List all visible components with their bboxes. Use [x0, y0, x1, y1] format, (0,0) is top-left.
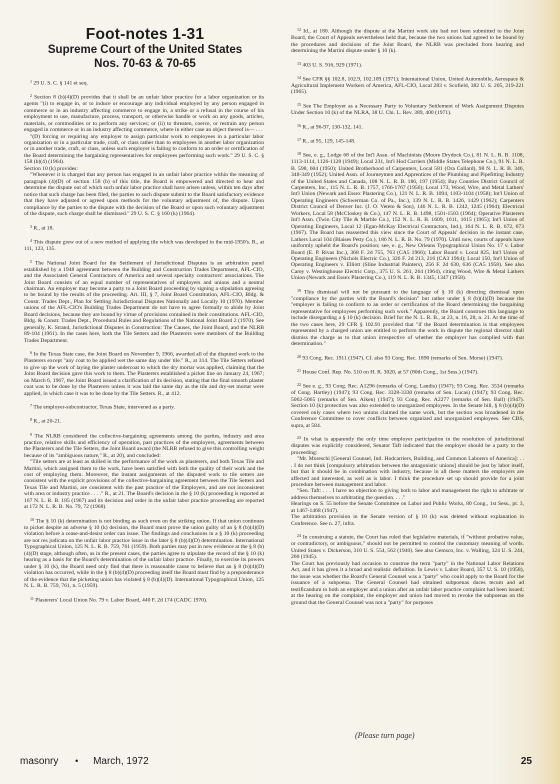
footnote-paragraph: 16 R., at 96-97, 130-132, 141. [291, 123, 524, 131]
footnote-number: 2 [30, 93, 32, 98]
footnote-paragraph: 22 See e. g., 93 Cong. Rec. A1296 (remar… [291, 382, 524, 429]
footnote-number: 12 [297, 27, 301, 32]
footnote-paragraph: 3 R., at 18. [24, 224, 264, 232]
footnote-23: 23 In what is apparently the only time e… [291, 435, 524, 527]
footnote-4: 4 This dispute grew out of a new method … [24, 238, 264, 253]
page-footer: masonry • March, 1972 25 [20, 756, 532, 767]
footnote-number: 13 [297, 61, 301, 66]
footnote-number: 23 [297, 435, 301, 440]
footnote-14: 14 See CFR §§ 102.8, 102.9, 102.109 (197… [291, 75, 524, 96]
footnote-paragraph: 12 Id., at 180. Although the dispute at … [291, 27, 524, 54]
footnote-number: 4 [30, 238, 32, 243]
footnote-paragraph: The Court has previously had occasion to… [291, 561, 524, 606]
continuation-note: (Please turn page) [355, 731, 415, 740]
court-name: Supreme Court of the United States [14, 44, 276, 58]
footnote-number: 21 [297, 368, 301, 373]
footnote-21: 21 House Conf. Rep. No. 510 on H. R. 302… [291, 368, 524, 376]
footnote-paragraph: 15 See The Employer as a Necessary Party… [291, 102, 524, 117]
footnote-paragraph: 19 This dismissal will not be pursuant t… [291, 288, 524, 348]
footnote-paragraph: 11 Plasterers' Local Union No. 79 v. Lab… [24, 596, 264, 604]
footnote-paragraph: 21 House Conf. Rep. No. 510 on H. R. 302… [291, 368, 524, 376]
footnote-paragraph: Hearings on S. 55 before the Senate Comm… [291, 501, 524, 514]
footnote-11: 11 Plasterers' Local Union No. 79 v. Lab… [24, 596, 264, 604]
footnote-10: 10 The § 10 (k) determination is not bin… [24, 517, 264, 590]
footnote-paragraph: 1 29 U. S. C. § 141 et seq. [24, 79, 264, 87]
footnote-number: 15 [297, 102, 301, 107]
publication-name: masonry [20, 756, 58, 767]
case-numbers: Nos. 70-63 & 70-65 [14, 58, 276, 72]
footnote-paragraph: 17 R., at 95, 129, 145-148. [291, 137, 524, 145]
footnote-paragraph: 9 The NLRB considered the collective-bar… [24, 432, 264, 459]
footnote-paragraph: 24 In construing a statute, the Court ha… [291, 533, 524, 560]
footnote-paragraph: 4 This dispute grew out of a new method … [24, 238, 264, 253]
magazine-page: Foot-notes 1-31 Supreme Court of the Uni… [0, 0, 560, 784]
footnote-paragraph: 18 See, e. g., Lodge 68 of the Int'l Ass… [291, 151, 524, 282]
footnote-13: 13 403 U. S. 916, 929 (1971). [291, 61, 524, 69]
footnote-6: 6 In the Texas State case, the Joint Boa… [24, 350, 264, 397]
footnote-number: 9 [30, 432, 32, 437]
footnote-8: 8 R., at 20-21. [24, 417, 264, 425]
footnote-number: 3 [30, 224, 32, 229]
footnote-number: 6 [30, 350, 32, 355]
footnote-19: 19 This dismissal will not be pursuant t… [291, 288, 524, 348]
footnote-number: 1 [30, 79, 32, 84]
footnote-18: 18 See, e. g., Lodge 68 of the Int'l Ass… [291, 151, 524, 282]
footnote-number: 16 [297, 123, 301, 128]
footnote-22: 22 See e. g., 93 Cong. Rec. A1296 (remar… [291, 382, 524, 429]
footnote-paragraph: 5 The National Joint Board for the Settl… [24, 259, 264, 344]
footnote-paragraph: 8 R., at 20-21. [24, 417, 264, 425]
footnote-16: 16 R., at 96-97, 130-132, 141. [291, 123, 524, 131]
footnote-number: 8 [30, 417, 32, 422]
footnote-5: 5 The National Joint Board for the Settl… [24, 259, 264, 344]
footnote-number: 5 [30, 259, 32, 264]
footnote-paragraph: 20 93 Cong. Rec. 1911 (1947). Cf. also 9… [291, 354, 524, 362]
footnote-20: 20 93 Cong. Rec. 1911 (1947). Cf. also 9… [291, 354, 524, 362]
footnote-number: 24 [297, 533, 301, 538]
footnote-9: 9 The NLRB considered the collective-bar… [24, 432, 264, 511]
footnote-paragraph: 23 In what is apparently the only time e… [291, 435, 524, 456]
footnote-number: 7 [30, 403, 32, 408]
footnote-paragraph: "Tile setters are at least as skilled in… [24, 459, 264, 511]
footnote-paragraph: 13 403 U. S. 916, 929 (1971). [291, 61, 524, 69]
footnote-number: 19 [297, 288, 301, 293]
footnote-paragraph: "Sen. Taft: . . . I have no objection to… [291, 488, 524, 501]
footnote-2: 2 Section 8 (b)(4)(D) provides that it s… [24, 93, 264, 217]
footnote-number: 14 [297, 75, 301, 80]
page-header: Foot-notes 1-31 Supreme Court of the Uni… [14, 26, 276, 71]
footnote-number: 10 [30, 517, 34, 522]
footnote-paragraph: The arbitration provision in the Senate … [291, 514, 524, 527]
footnote-number: 20 [297, 354, 301, 359]
footnote-paragraph: 14 See CFR §§ 102.8, 102.9, 102.109 (197… [291, 75, 524, 96]
footnote-paragraph: 10 The § 10 (k) determination is not bin… [24, 517, 264, 590]
issue-date: March, 1972 [93, 756, 149, 767]
footnote-number: 22 [297, 382, 301, 387]
footnote-paragraph: "Whenever it is charged that any person … [24, 172, 264, 217]
page-title: Foot-notes 1-31 [14, 26, 276, 44]
footnote-17: 17 R., at 95, 129, 145-148. [291, 137, 524, 145]
footnote-paragraph: 7 The employer-subcontractor, Texas Stat… [24, 403, 264, 411]
footnote-paragraph: "Mr. Moreschi [General Counsel, Intl. Ho… [291, 456, 524, 488]
footnote-7: 7 The employer-subcontractor, Texas Stat… [24, 403, 264, 411]
footnote-number: 17 [297, 137, 301, 142]
right-footnote-column: 12 Id., at 180. Although the dispute at … [291, 27, 524, 612]
footnote-3: 3 R., at 18. [24, 224, 264, 232]
footnote-1: 1 29 U. S. C. § 141 et seq. [24, 79, 264, 87]
footnote-number: 11 [30, 596, 34, 601]
footnote-15: 15 See The Employer as a Necessary Party… [291, 102, 524, 117]
footnote-paragraph: "(D) forcing or requiring any employer t… [24, 134, 264, 166]
footnote-12: 12 Id., at 180. Although the dispute at … [291, 27, 524, 54]
left-footnote-column: 1 29 U. S. C. § 141 et seq.2 Section 8 (… [24, 79, 264, 610]
bullet-separator: • [75, 756, 78, 766]
footnote-paragraph: 2 Section 8 (b)(4)(D) provides that it s… [24, 93, 264, 133]
page-number: 25 [521, 756, 532, 767]
footnote-24: 24 In construing a statute, the Court ha… [291, 533, 524, 606]
footnote-number: 18 [297, 151, 301, 156]
footnote-paragraph: 6 In the Texas State case, the Joint Boa… [24, 350, 264, 397]
